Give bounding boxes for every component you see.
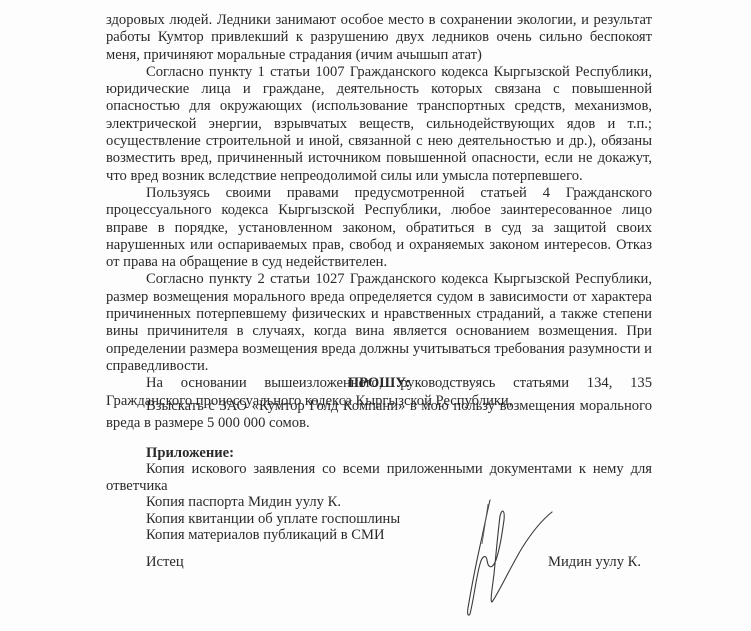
plaintiff-name: Мидин уулу К. [548, 554, 641, 571]
body-text: здоровых людей. Ледники занимают особое … [106, 12, 652, 410]
attachment-item: Копия квитанции об уплате госпошлины [106, 511, 652, 527]
paragraph-article-1027: Согласно пункту 2 статьи 1027 Гражданско… [106, 271, 652, 375]
attachment-item: Копия материалов публикаций в СМИ [106, 527, 652, 543]
paragraph-article-4: Пользуясь своими правами предусмотренной… [106, 185, 652, 271]
paragraph-intro-continuation: здоровых людей. Ледники занимают особое … [106, 12, 652, 64]
attachments-title: Приложение: [106, 445, 652, 461]
request-text: Взыскать с ЗАО «Кумтор Голд Компани» в м… [106, 398, 652, 432]
request-section: Взыскать с ЗАО «Кумтор Голд Компани» в м… [106, 398, 652, 432]
attachment-item: Копия искового заявления со всеми прилож… [106, 461, 652, 494]
handwritten-signature-icon [462, 498, 554, 620]
paragraph-article-1007: Согласно пункту 1 статьи 1007 Гражданско… [106, 64, 652, 185]
plaintiff-label: Истец [146, 554, 184, 571]
attachment-item: Копия паспорта Мидин уулу К. [106, 494, 652, 510]
request-heading: ПРОШУ: [106, 375, 652, 392]
attachments-section: Приложение: Копия искового заявления со … [106, 445, 652, 543]
document-page: здоровых людей. Ледники занимают особое … [0, 0, 751, 631]
